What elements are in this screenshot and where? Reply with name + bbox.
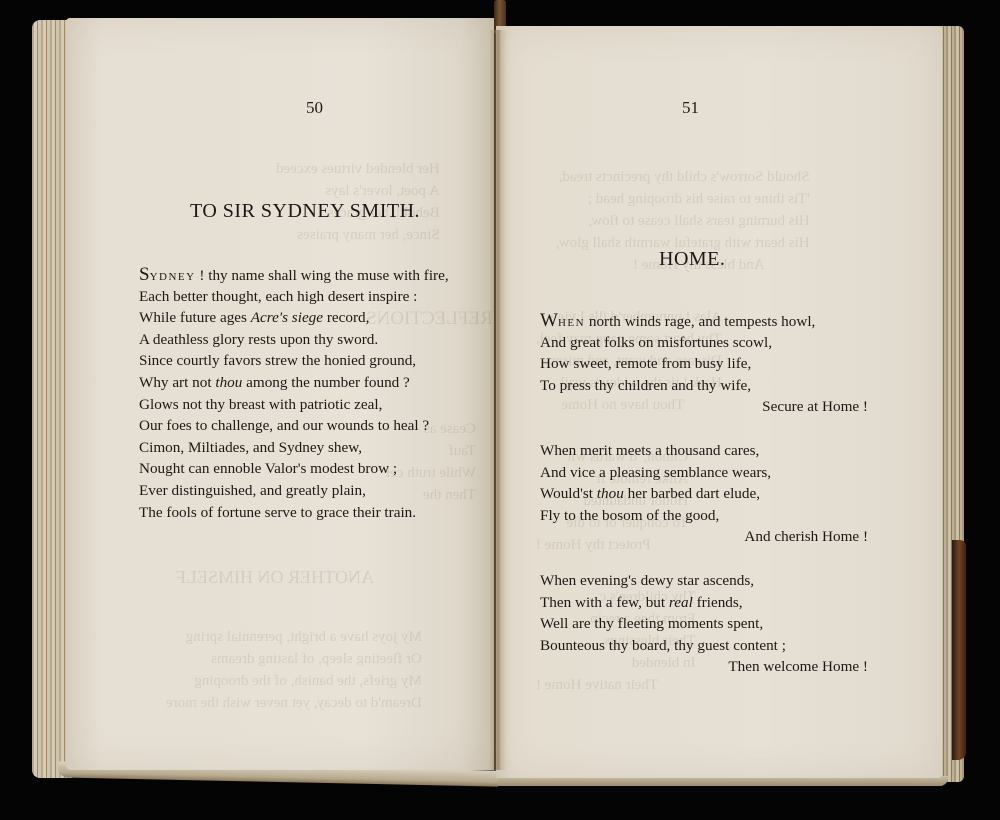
verse-line: Fly to the bosom of the good, bbox=[540, 505, 868, 527]
italic-emphasis: thou bbox=[215, 374, 242, 391]
stanza: When merit meets a thousand cares,And vi… bbox=[540, 440, 868, 548]
verse-line: Would'st thou her barbed dart elude, bbox=[540, 483, 868, 505]
verse-line: Sydney ! thy name shall wing the muse wi… bbox=[139, 264, 449, 286]
refrain-line: Then welcome Home ! bbox=[540, 656, 868, 678]
verse-line: The fools of fortune serve to grace thei… bbox=[139, 502, 449, 524]
stanza: When north winds rage, and tempests howl… bbox=[540, 310, 868, 418]
verse-line: Nought can ennoble Valor's modest brow ; bbox=[139, 458, 449, 480]
leather-cover-edge bbox=[952, 540, 966, 760]
drop-cap: W bbox=[540, 310, 558, 331]
right-page: Should Sorrow's child thy precincts trea… bbox=[496, 26, 942, 778]
verse-line: Cimon, Miltiades, and Sydney shew, bbox=[139, 437, 449, 459]
verse-line: Since courtly favors strew the honied gr… bbox=[139, 350, 449, 372]
line-text: Why art not bbox=[139, 374, 215, 391]
poem-title: TO SIR SYDNEY SMITH. bbox=[190, 200, 420, 223]
verse-line: Then with a few, but real friends, bbox=[540, 592, 868, 614]
italic-emphasis: thou bbox=[597, 485, 624, 502]
verse-line: Glows not thy breast with patriotic zeal… bbox=[139, 394, 449, 416]
line-text: her barbed dart elude, bbox=[624, 485, 760, 502]
line-text: Then with a few, but bbox=[540, 594, 669, 611]
book-gutter bbox=[489, 30, 507, 770]
line-text: friends, bbox=[693, 594, 743, 611]
line-text: While future ages bbox=[139, 309, 251, 326]
verse-line: When merit meets a thousand cares, bbox=[540, 440, 868, 462]
line-text: ! thy name shall wing the muse with fire… bbox=[196, 267, 449, 284]
refrain-line: Secure at Home ! bbox=[540, 396, 868, 418]
italic-emphasis: Acre's siege bbox=[251, 309, 323, 326]
poem-title: HOME. bbox=[659, 248, 725, 271]
verse-line: Each better thought, each high desert in… bbox=[139, 286, 449, 308]
verse-line: How sweet, remote from busy life, bbox=[540, 353, 868, 375]
line-text: Would'st bbox=[540, 485, 597, 502]
refrain-line: And cherish Home ! bbox=[540, 526, 868, 548]
italic-emphasis: real bbox=[669, 594, 693, 611]
verse-line: To press thy children and thy wife, bbox=[540, 375, 868, 397]
line-text: among the number found ? bbox=[242, 374, 409, 391]
verse-line: A deathless glory rests upon thy sword. bbox=[139, 329, 449, 351]
left-page: Her blended virtues exceedA poet, lover'… bbox=[66, 18, 494, 770]
verse-line: Ever distinguished, and greatly plain, bbox=[139, 480, 449, 502]
line-text: north winds rage, and tempests howl, bbox=[585, 313, 815, 330]
poem-body: When north winds rage, and tempests howl… bbox=[540, 310, 868, 700]
show-through-text: My joys have a bright, perennial springO… bbox=[166, 626, 422, 714]
verse-line: And great folks on misfortunes scowl, bbox=[540, 332, 868, 354]
poem-body: Sydney ! thy name shall wing the muse wi… bbox=[139, 264, 449, 523]
drop-cap: S bbox=[139, 264, 150, 285]
verse-line: And vice a pleasing semblance wears, bbox=[540, 462, 868, 484]
verse-line: When evening's dewy star ascends, bbox=[540, 570, 868, 592]
show-through-heading: ANOTHER ON HIMSELF bbox=[176, 566, 374, 588]
small-caps: ydney bbox=[150, 271, 196, 283]
book-photograph: Her blended virtues exceedA poet, lover'… bbox=[0, 0, 1000, 820]
stanza: When evening's dewy star ascends,Then wi… bbox=[540, 570, 868, 678]
verse-line: While future ages Acre's siege record, bbox=[139, 307, 449, 329]
verse-line: Our foes to challenge, and our wounds to… bbox=[139, 415, 449, 437]
verse-line: When north winds rage, and tempests howl… bbox=[540, 310, 868, 332]
line-text: record, bbox=[323, 309, 369, 326]
verse-line: Bounteous thy board, thy guest content ; bbox=[540, 635, 868, 657]
verse-line: Well are thy fleeting moments spent, bbox=[540, 613, 868, 635]
small-caps: hen bbox=[558, 317, 585, 329]
verse-line: Why art not thou among the number found … bbox=[139, 372, 449, 394]
page-number: 50 bbox=[306, 98, 323, 118]
page-number: 51 bbox=[682, 98, 699, 118]
